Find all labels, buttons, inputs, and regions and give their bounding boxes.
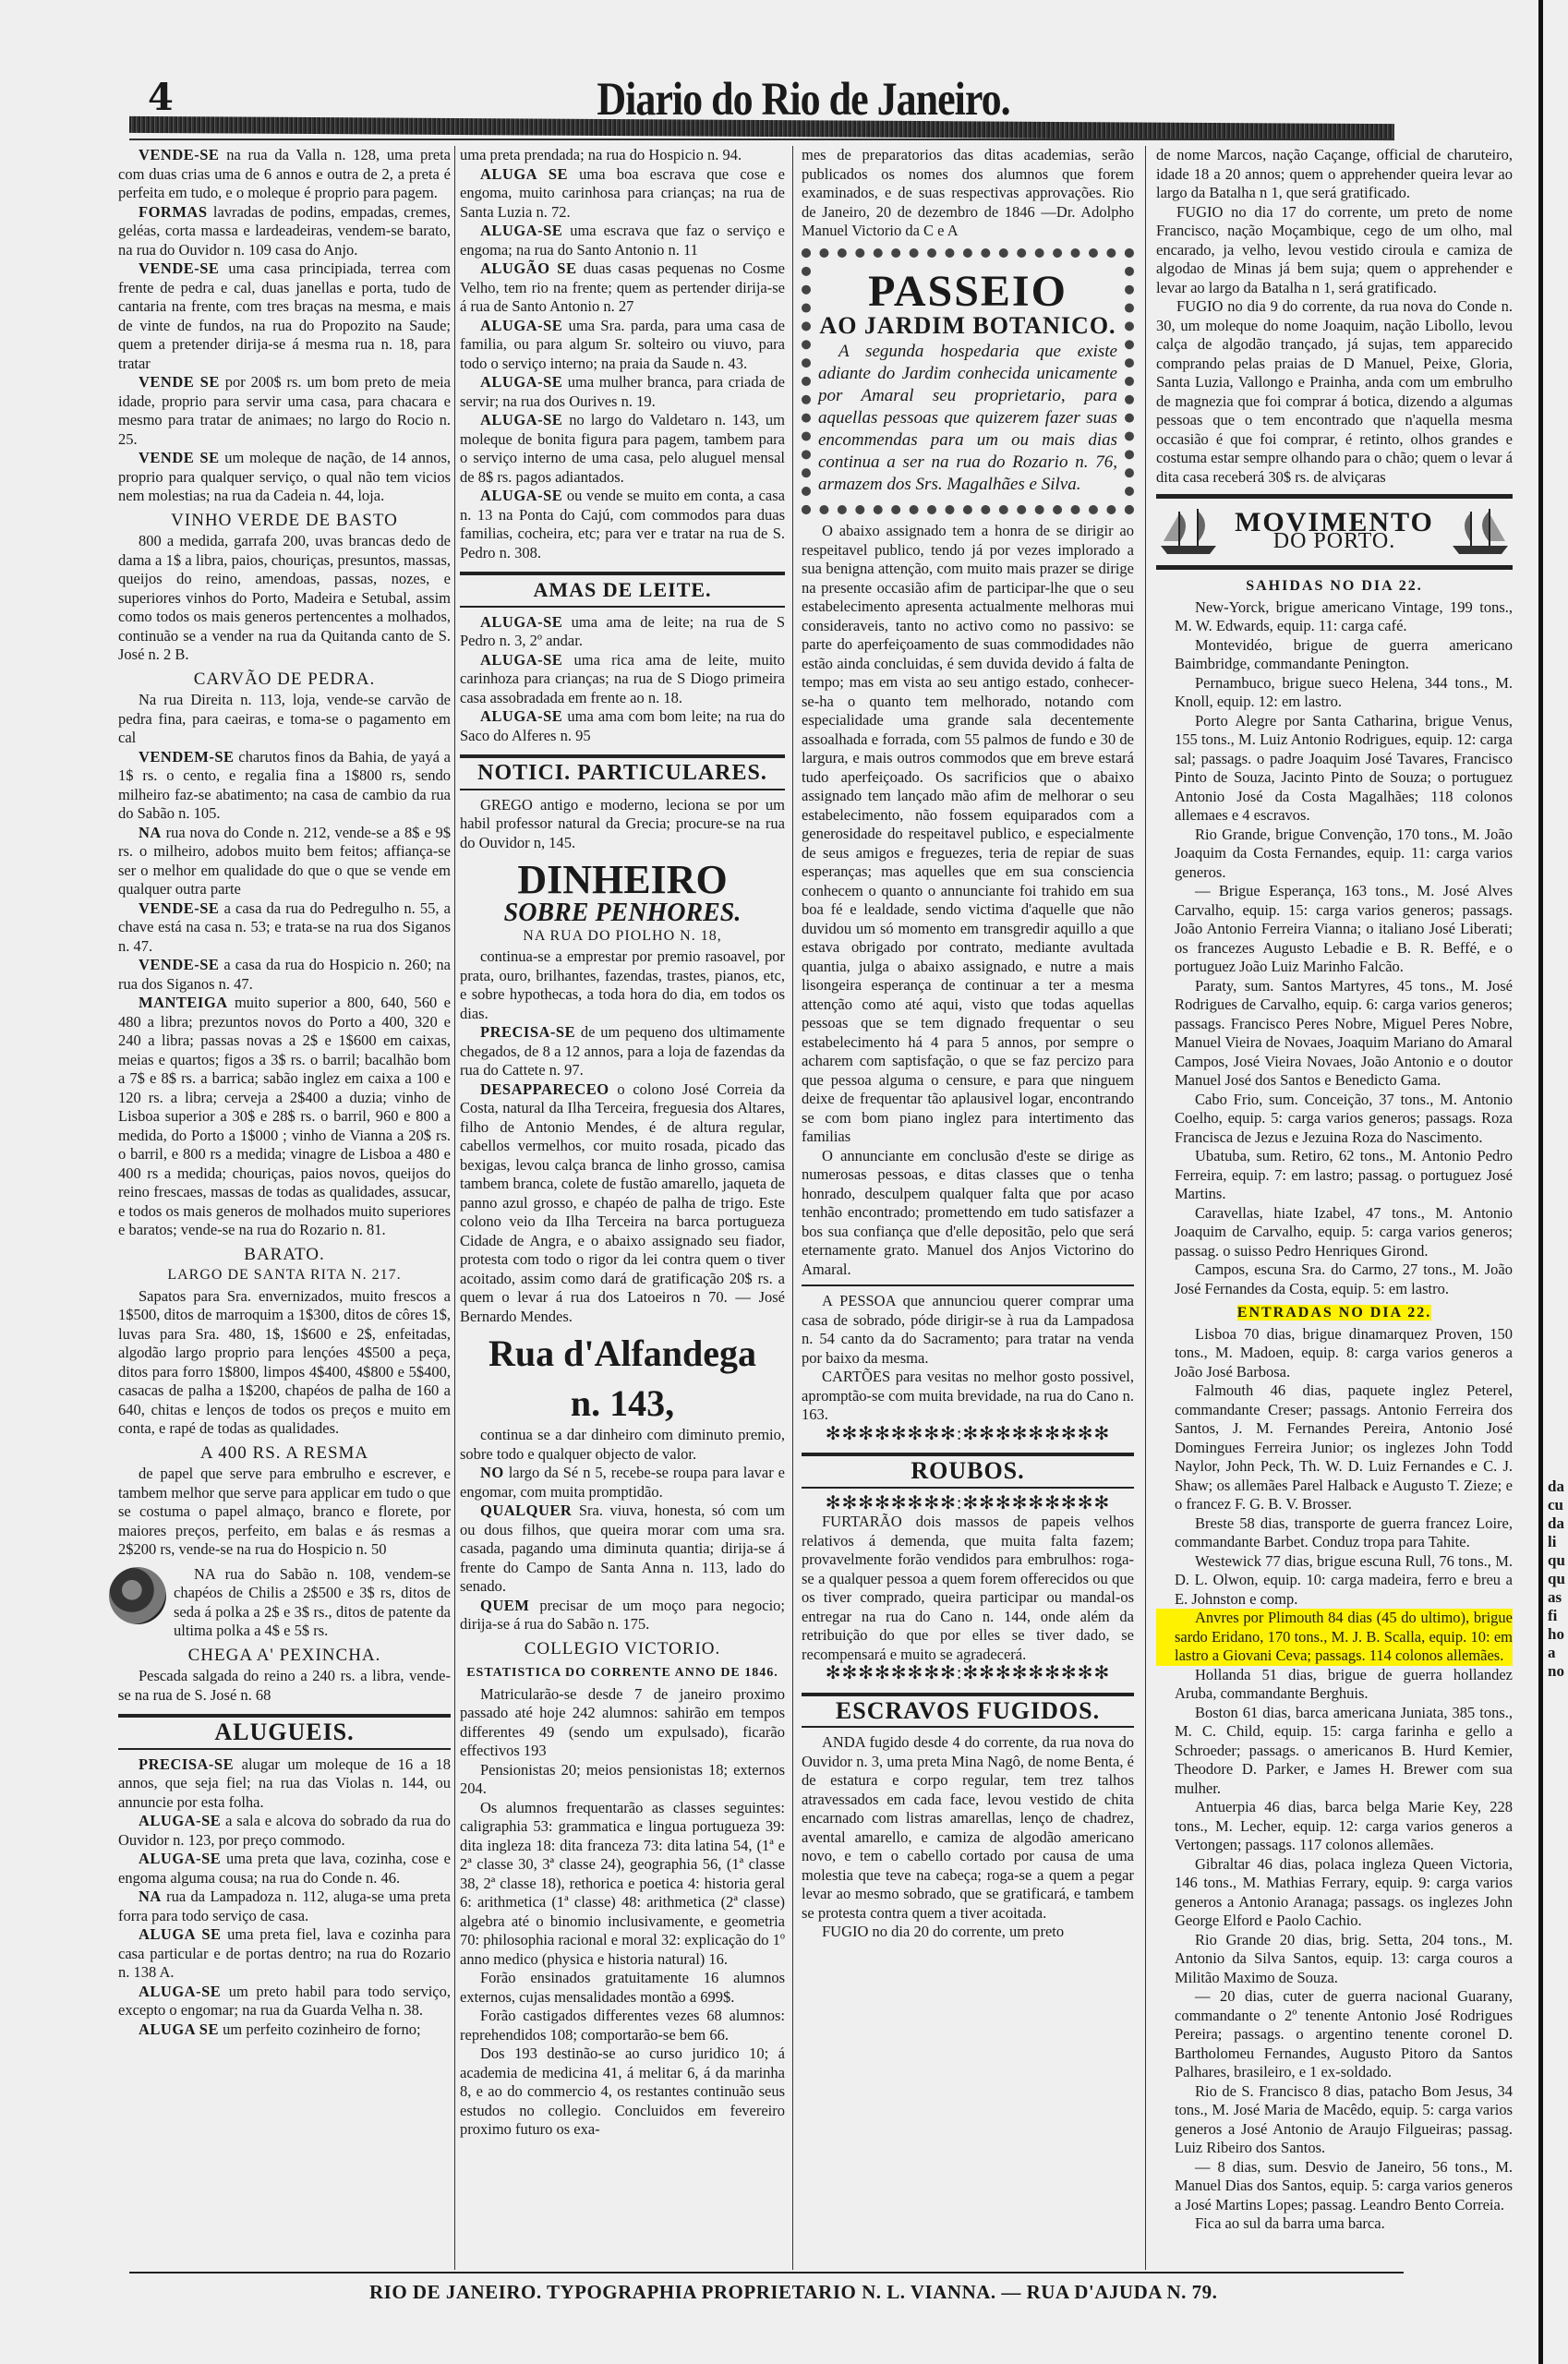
ad-paragraph: VENDE-SE a casa da rua do Pedregulho n. …	[118, 899, 451, 957]
column-divider	[1145, 146, 1146, 2270]
fugio-notice: FUGIO no dia 9 do corrente, da rua nova …	[1156, 297, 1513, 487]
ad-paragraph: VENDE SE por 200$ rs. um bom preto de me…	[118, 373, 451, 449]
ad-paragraph: ALUGA SE uma boa escrava que cose e engo…	[460, 165, 785, 223]
port-entry: Lisboa 70 dias, brigue dinamarquez Prove…	[1156, 1325, 1513, 1382]
port-entry: — 20 dias, cuter de guerra nacional Guar…	[1156, 1987, 1513, 2082]
port-entry: Breste 58 dias, transporte de guerra fra…	[1156, 1514, 1513, 1552]
sobrado-ad: A PESSOA que annunciou querer comprar um…	[802, 1292, 1134, 1368]
carvao-text: Na rua Direita n. 113, loja, vende-se ca…	[118, 691, 451, 748]
ad-paragraph: VENDE-SE uma casa principiada, terrea co…	[118, 259, 451, 373]
amaral-notice-conclusion: O annunciante em conclusão d'este se dir…	[802, 1147, 1134, 1280]
ad-paragraph: FORMAS lavradas de podins, empadas, crem…	[118, 203, 451, 260]
ad-paragraph: QUEM precisar de um moço para negocio; d…	[460, 1597, 785, 1634]
ad-paragraph: ALUGA-SE uma ama com bom leite; na rua d…	[460, 707, 785, 745]
port-entry: Westewick 77 dias, brigue escuna Rull, 7…	[1156, 1552, 1513, 1610]
dinheiro-address: NA RUA DO PIOLHO N. 18,	[460, 927, 785, 947]
ad-paragraph: DESAPPARECEO o colono José Correia da Co…	[460, 1080, 785, 1327]
port-entry: Rio Grande 20 dias, brig. Setta, 204 ton…	[1156, 1931, 1513, 1988]
page-number: 4	[148, 76, 174, 119]
ad-paragraph: ALUGA-SE a sala e alcova do sobrado da r…	[118, 1812, 451, 1850]
resma-text: de papel que serve para embrulho e escre…	[118, 1465, 451, 1560]
passeio-title: PASSEIO	[818, 267, 1117, 317]
ad-paragraph: ALUGA-SE ou vende se muito em conta, a c…	[460, 487, 785, 562]
roubos-text: FURTARÃO dois massos de papeis velhos re…	[802, 1513, 1134, 1664]
port-entry: Campos, escuna Sra. do Carmo, 27 tons., …	[1156, 1260, 1513, 1298]
masthead-rule	[129, 116, 1394, 140]
ad-paragraph: ALUGA-SE uma preta que lava, cozinha, co…	[118, 1850, 451, 1888]
ad-paragraph: ALUGA SE um perfeito cozinheiro de forno…	[118, 2020, 451, 2040]
chapeos-ad: NA rua do Sabão n. 108, vendem-se chapéo…	[118, 1565, 451, 1641]
ad-paragraph: ALUGÃO SE duas casas pequenas no Cosme V…	[460, 259, 785, 317]
star-ornament-row: ✻✻✻✻✻✻✻✻:✻✻✻✻✻✻✻✻✻	[802, 1494, 1134, 1514]
port-entry: New-Yorck, brigue americano Vintage, 199…	[1156, 598, 1513, 636]
amas-heading: AMAS DE LEITE.	[460, 572, 785, 608]
movimento-header: MOVIMENTO DO PORTO.	[1156, 494, 1513, 570]
port-entry: Boston 61 dias, barca americana Juniata,…	[1156, 1704, 1513, 1799]
footer-imprint: RIO DE JANEIRO. TYPOGRAPHIA PROPRIETARIO…	[369, 2281, 1293, 2304]
carvao-heading: CARVÃO DE PEDRA.	[118, 670, 451, 690]
ad-paragraph: ALUGA-SE um preto habil para todo serviç…	[118, 1983, 451, 2020]
port-entry: Hollanda 51 dias, brigue de guerra holla…	[1156, 1666, 1513, 1704]
masthead-thin-rule	[129, 139, 1394, 140]
ad-paragraph: VENDEM-SE charutos finos da Bahia, de ya…	[118, 748, 451, 824]
newspaper-page: 4 Diario do Rio de Janeiro. VENDE-SE na …	[0, 0, 1568, 2364]
passeio-body: A segunda hospedaria que existe adiante …	[818, 341, 1117, 496]
dinheiro-text: continua-se a emprestar por premio rasoa…	[460, 947, 785, 1023]
ad-paragraph: VENDE-SE a casa da rua do Hospicio n. 26…	[118, 956, 451, 994]
port-entry: Paraty, sum. Santos Martyres, 45 tons., …	[1156, 977, 1513, 1091]
ad-paragraph: uma preta prendada; na rua do Hospicio n…	[460, 146, 785, 165]
port-entry: — Brigue Esperança, 163 tons., M. José A…	[1156, 882, 1513, 977]
highlighted-port-entry: Anvres por Plimouth 84 dias (45 do ultim…	[1156, 1609, 1513, 1666]
port-entry: Montevidéo, brigue de guerra americano B…	[1156, 636, 1513, 674]
collegio-paragraph: Os alumnos frequentarão as classes segui…	[460, 1799, 785, 1970]
ad-paragraph: VENDE-SE na rua da Valla n. 128, uma pre…	[118, 146, 451, 203]
port-entry: Porto Alegre por Santa Catharina, brigue…	[1156, 712, 1513, 826]
ad-paragraph: ALUGA-SE uma escrava que faz o serviço e…	[460, 222, 785, 259]
ad-paragraph: ALUGA-SE uma ama de leite; na rua de S P…	[460, 613, 785, 651]
port-entry: Antuerpia 46 dias, barca belga Marie Key…	[1156, 1798, 1513, 1855]
ad-paragraph: ALUGA-SE no largo do Valdetaro n. 143, u…	[460, 411, 785, 487]
resma-heading: A 400 RS. A RESMA	[118, 1444, 451, 1464]
port-entry: Pernambuco, brigue sueco Helena, 344 ton…	[1156, 674, 1513, 712]
pexincha-heading: CHEGA A' PEXINCHA.	[118, 1646, 451, 1666]
port-entry: Falmouth 46 dias, paquete inglez Peterel…	[1156, 1381, 1513, 1514]
pexincha-text: Pescada salgada do reino a 240 rs. a lib…	[118, 1667, 451, 1705]
column-3: mes de preparatorios das ditas academias…	[802, 146, 1134, 1942]
entradas-heading: ENTRADAS NO DIA 22.	[1156, 1304, 1513, 1323]
collegio-paragraph: Matricularão-se desde 7 de janeiro proxi…	[460, 1685, 785, 1761]
page-edge-border	[1538, 0, 1543, 2364]
barato-text: Sapatos para Sra. envernizados, muito fr…	[118, 1287, 451, 1439]
collegio-paragraph: Pensionistas 20; meios pensionistas 18; …	[460, 1761, 785, 1799]
ad-paragraph: MANTEIGA muito superior a 800, 640, 560 …	[118, 994, 451, 1240]
column-4: de nome Marcos, nação Caçange, official …	[1156, 146, 1513, 2234]
sailing-ship-icon	[1156, 504, 1221, 560]
sailing-ship-icon	[1448, 504, 1513, 560]
port-entry: Gibraltar 46 dias, polaca ingleza Queen …	[1156, 1855, 1513, 1931]
port-entry: Rio de S. Francisco 8 dias, patacho Bom …	[1156, 2082, 1513, 2158]
barato-subheading: LARGO DE SANTA RITA N. 217.	[118, 1266, 451, 1285]
port-entry: Caravellas, hiate Izabel, 47 tons., M. A…	[1156, 1204, 1513, 1261]
cartoes-ad: CARTÕES para vesitas no melhor gosto pos…	[802, 1368, 1134, 1425]
adjacent-page-fragment: dacudaliququasfihoano	[1548, 1477, 1568, 2309]
ad-paragraph: NO largo da Sé n 5, recebe-se roupa para…	[460, 1464, 785, 1502]
port-entry: Rio Grande, brigue Convenção, 170 tons.,…	[1156, 826, 1513, 883]
collegio-paragraph: Dos 193 destinão-se ao curso juridico 10…	[460, 2044, 785, 2140]
hat-illustration-icon	[109, 1567, 166, 1624]
column-2: uma preta prendada; na rua do Hospicio n…	[460, 146, 785, 2140]
exam-notice: mes de preparatorios das ditas academias…	[802, 146, 1134, 241]
escravos-heading: ESCRAVOS FUGIDOS.	[802, 1693, 1134, 1729]
collegio-subheading: ESTATISTICA DO CORRENTE ANNO DE 1846.	[460, 1664, 785, 1683]
grego-text: GREGO antigo e moderno, leciona se por u…	[460, 796, 785, 853]
ad-paragraph: ALUGA-SE uma rica ama de leite, muito ca…	[460, 651, 785, 708]
sahidas-heading: SAHIDAS NO DIA 22.	[1156, 577, 1513, 597]
alfandega-title: Rua d'Alfandega	[460, 1332, 785, 1376]
ad-paragraph: NA rua da Lampadoza n. 112, aluga-se uma…	[118, 1888, 451, 1925]
ad-paragraph: ALUGA SE uma preta fiel, lava e cozinha …	[118, 1925, 451, 1983]
star-ornament-row: ✻✻✻✻✻✻✻✻:✻✻✻✻✻✻✻✻✻	[802, 1425, 1134, 1444]
fugidos-continuation: de nome Marcos, nação Caçange, official …	[1156, 146, 1513, 203]
alugueis-heading: ALUGUEIS.	[118, 1714, 451, 1750]
fugio-tail: FUGIO no dia 20 do corrente, um preto	[802, 1923, 1134, 1942]
collegio-heading: COLLEGIO VICTORIO.	[460, 1640, 785, 1659]
dinheiro-title: DINHEIRO	[460, 858, 785, 902]
column-divider	[454, 146, 455, 2270]
ad-paragraph: VENDE SE um moleque de nação, de 14 anno…	[118, 449, 451, 506]
roubos-heading: ROUBOS.	[802, 1453, 1134, 1489]
ad-paragraph: ALUGA-SE uma Sra. parda, para uma casa d…	[460, 317, 785, 374]
alfandega-text: continua se a dar dinheiro com diminuto …	[460, 1426, 785, 1464]
amaral-notice: O abaixo assignado tem a honra de se dir…	[802, 522, 1134, 1147]
fugio-notice: FUGIO no dia 17 do corrente, um preto de…	[1156, 203, 1513, 298]
ad-paragraph: NA rua nova do Conde n. 212, vende-se a …	[118, 824, 451, 899]
star-ornament-row: ✻✻✻✻✻✻✻✻:✻✻✻✻✻✻✻✻✻	[802, 1664, 1134, 1683]
footer-rule	[129, 2272, 1404, 2274]
passeio-advert-box: PASSEIO AO JARDIM BOTANICO. A segunda ho…	[802, 248, 1134, 515]
barato-heading: BARATO.	[118, 1246, 451, 1265]
escravos-text: ANDA fugido desde 4 do corrente, da rua …	[802, 1733, 1134, 1923]
noticias-heading: NOTICI. PARTICULARES.	[460, 754, 785, 790]
column-1: VENDE-SE na rua da Valla n. 128, uma pre…	[118, 146, 451, 2039]
port-entry: — 8 dias, sum. Desvio de Janeiro, 56 ton…	[1156, 2158, 1513, 2215]
vinho-heading: VINHO VERDE DE BASTO	[118, 512, 451, 531]
port-entry: Fica ao sul da barra uma barca.	[1156, 2214, 1513, 2234]
ad-paragraph: PRECISA-SE de um pequeno dos ultimamente…	[460, 1023, 785, 1080]
passeio-subtitle: AO JARDIM BOTANICO.	[818, 317, 1117, 336]
collegio-paragraph: Forão castigados differentes vezes 68 al…	[460, 2007, 785, 2044]
vinho-text: 800 a medida, garrafa 200, uvas brancas …	[118, 532, 451, 665]
column-divider	[792, 146, 793, 2270]
dinheiro-subtitle: SOBRE PENHORES.	[460, 904, 785, 923]
ad-paragraph: ALUGA-SE uma mulher branca, para criada …	[460, 373, 785, 411]
collegio-paragraph: Forão ensinados gratuitamente 16 alumnos…	[460, 1969, 785, 2007]
ad-paragraph: QUALQUER Sra. viuva, honesta, só com um …	[460, 1502, 785, 1597]
alfandega-number: n. 143,	[460, 1381, 785, 1426]
ad-paragraph: PRECISA-SE alugar um moleque de 16 a 18 …	[118, 1755, 451, 1813]
port-entry: Ubatuba, sum. Retiro, 62 tons., M. Anton…	[1156, 1147, 1513, 1204]
port-entry: Cabo Frio, sum. Conceição, 37 tons., M. …	[1156, 1091, 1513, 1148]
